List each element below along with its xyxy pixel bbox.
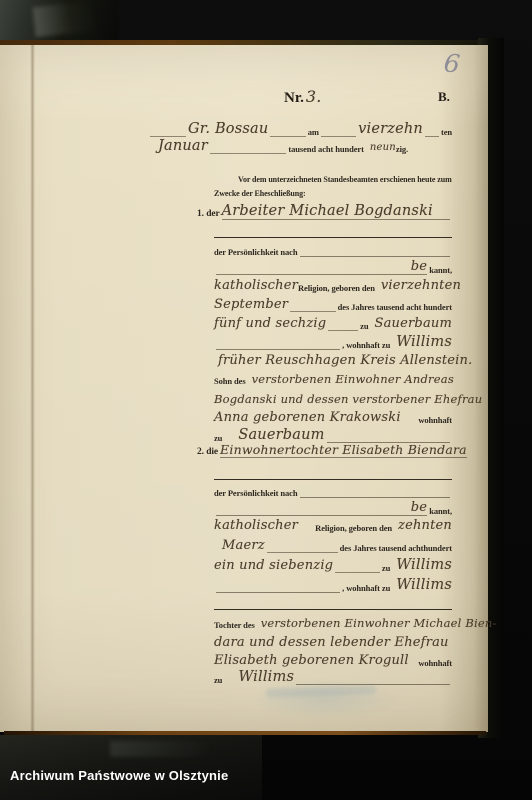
groom-descent-row-1: Sohn des verstorbenen Einwohner Andreas	[214, 368, 452, 386]
dateline-day: vierzehn	[358, 122, 423, 138]
blank-rule	[214, 237, 452, 238]
leader-line	[210, 151, 286, 154]
record-number-value: 3.	[306, 89, 322, 105]
leader-line	[328, 328, 358, 331]
groom-personality-label: der Persönlichkeit nach	[214, 248, 298, 258]
bride-known-line: be	[216, 501, 427, 516]
record-number-label: Nr.	[284, 90, 304, 107]
bride-religion-row: katholischer Religion, geboren den zehnt…	[214, 515, 452, 533]
groom-descent-row-2: Bogdanski und dessen verstorbener Ehefra…	[214, 388, 452, 406]
leader-line	[290, 309, 335, 312]
bride-name-row: 2. die Einwohnertochter Elisabeth Bienda…	[197, 438, 455, 458]
dateline-year-suffix: zig.	[396, 145, 408, 155]
bride-known-hand: be	[411, 501, 427, 514]
intro-text-2: Zwecke der Eheschließung:	[214, 190, 306, 199]
groom-birth-month-row: September des Jahres tausend acht hunder…	[214, 294, 452, 312]
groom-birth-year-printed: des Jahres tausend acht hundert	[338, 303, 452, 313]
groom-zu-label: zu	[360, 322, 368, 332]
groom-mother: Anna geborenen Krakowski	[214, 411, 401, 425]
dateline-year-printed: tausend acht hundert	[288, 145, 363, 155]
bride-parents-zu-label: zu	[214, 676, 222, 686]
bride-known-row: be kannt,	[214, 498, 452, 516]
groom-descent-line2: Bogdanski und dessen verstorbener Ehefra…	[214, 394, 482, 407]
bride-name: Einwohnertochter Elisabeth Biendara	[220, 444, 467, 457]
bride-birth-day: zehnten	[398, 519, 452, 533]
pencil-page-number: 6	[443, 48, 462, 79]
bride-zu-label: zu	[382, 564, 390, 574]
bride-residence-line	[216, 591, 340, 593]
dateline-ten-label: ten	[441, 128, 452, 138]
groom-birth-place: Sauerbaum	[374, 317, 452, 331]
groom-known-hand: be	[411, 260, 427, 273]
bride-birth-month: Maerz	[222, 539, 265, 553]
groom-religion: katholischer	[214, 279, 298, 293]
page-gutter-crease	[30, 45, 35, 732]
bride-birth-year: ein und siebenzig	[214, 559, 333, 573]
groom-known-line: be	[216, 260, 427, 275]
groom-residence-note: früher Reuschhagen Kreis Allenstein.	[218, 354, 472, 368]
groom-residence-note-row: früher Reuschhagen Kreis Allenstein.	[218, 350, 456, 368]
bride-personality-label: der Persönlichkeit nach	[214, 489, 298, 499]
bride-parents-residence: Willims	[238, 670, 294, 686]
bride-mother-row: Elisabeth geborenen Krogull wohnhaft	[214, 650, 452, 668]
bride-birth-year-row: ein und siebenzig zu Willims	[214, 555, 452, 573]
bride-birth-year-printed: des Jahres tausend achthundert	[340, 544, 452, 554]
groom-religion-row: katholischer Religion, geboren den vierz…	[214, 275, 452, 293]
dateline-row-2: Januar tausend acht hundert neun zig.	[158, 136, 408, 154]
bride-descent-row-1: Tochter des verstorbenen Einwohner Micha…	[214, 612, 454, 630]
record-number: Nr. 3.	[284, 89, 322, 107]
bride-wohnhaft-zu-printed: , wohnhaft zu	[342, 584, 390, 594]
groom-item-label: 1. der	[197, 210, 220, 221]
form-letter: B.	[438, 89, 450, 105]
bride-descent-row-2: dara und dessen lebender Ehefrau	[214, 632, 452, 650]
groom-birth-day: vierzehnten	[381, 279, 461, 293]
groom-birth-month: September	[214, 298, 288, 312]
bride-item-label: 2. die	[197, 448, 218, 459]
groom-father: verstorbenen Einwohner Andreas	[252, 374, 454, 387]
bride-descent-printed: Tochter des	[214, 621, 255, 631]
bride-descent-line2: dara und dessen lebender Ehefrau	[214, 636, 449, 650]
bride-mother: Elisabeth geborenen Krogull	[214, 654, 409, 668]
bride-birth-place: Willims	[396, 558, 452, 574]
archive-watermark: Archiwum Państwowe w Olsztynie	[10, 768, 228, 783]
intro-line-1: Vor dem unterzeichneten Standesbeamten e…	[238, 170, 452, 185]
dateline-place: Gr. Bossau	[188, 122, 268, 138]
bride-personality-row: der Persönlichkeit nach	[214, 480, 452, 498]
bride-father: verstorbenen Einwohner Michael Bien-	[261, 618, 497, 631]
groom-name: Arbeiter Michael Bogdanski	[222, 204, 433, 219]
bride-residence-row: , wohnhaft zu Willims	[214, 575, 452, 593]
groom-known-printed: kannt,	[429, 266, 452, 276]
dateline-year-hand: neun	[370, 143, 396, 154]
groom-birth-year: fünf und sechzig	[214, 317, 326, 331]
groom-residence: Willims	[396, 335, 452, 351]
leader-line	[267, 550, 338, 553]
registry-page: 6 B. Nr. 3. Gr. Bossau am vierzehn ten J…	[0, 45, 488, 732]
groom-residence-row: , wohnhaft zu Willims	[214, 332, 452, 350]
groom-descent-printed: Sohn des	[214, 377, 246, 387]
bride-residence: Willims	[396, 578, 452, 594]
dateline-month: Januar	[158, 139, 208, 155]
groom-known-row: be kannt,	[214, 257, 452, 275]
groom-name-row: 1. der Arbeiter Michael Bogdanski	[197, 200, 452, 220]
groom-wohnhaft-zu-printed: , wohnhaft zu	[342, 341, 390, 351]
leader-line	[296, 683, 450, 685]
section-rule	[214, 609, 452, 610]
bride-name-entry: Einwohnertochter Elisabeth Biendara	[220, 444, 467, 459]
photo-background: 6 B. Nr. 3. Gr. Bossau am vierzehn ten J…	[0, 0, 532, 800]
groom-mother-row: Anna geborenen Krakowski wohnhaft	[214, 407, 452, 425]
intro-line-2: Zwecke der Eheschließung:	[214, 184, 306, 199]
bride-religion-printed: Religion, geboren den	[315, 524, 392, 534]
bride-religion: katholischer	[214, 519, 298, 533]
book-cover-top-left	[0, 0, 118, 42]
bride-parents-residence-row: zu Willims	[214, 667, 452, 685]
groom-religion-printed: Religion, geboren den	[298, 284, 375, 294]
groom-wohnhaft-printed: wohnhaft	[418, 416, 452, 426]
leader-line	[335, 570, 380, 573]
groom-name-entry: Arbeiter Michael Bogdanski	[222, 204, 450, 221]
dateline-row-1: Gr. Bossau am vierzehn ten	[148, 119, 452, 137]
groom-personality-row: der Persönlichkeit nach	[214, 239, 452, 257]
leader-line	[425, 134, 439, 137]
groom-birth-year-row: fünf und sechzig zu Sauerbaum	[214, 313, 452, 331]
bride-birth-month-row: Maerz des Jahres tausend achthundert	[222, 535, 452, 553]
